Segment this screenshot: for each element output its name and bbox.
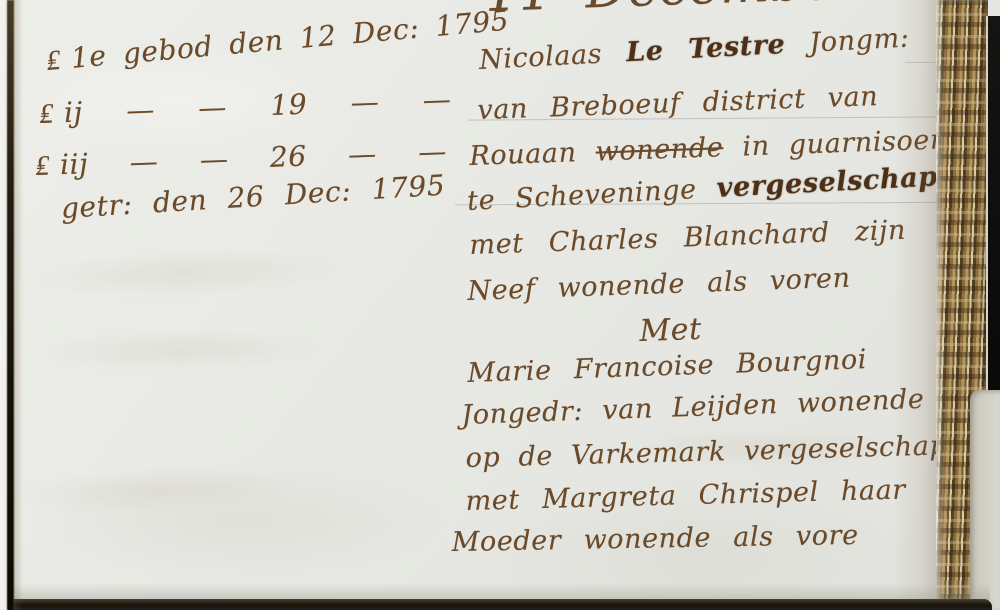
- bride-witness-relation-text: Moeder wonende als vore: [451, 520, 858, 558]
- groom-witness-relation-text: Neef wonende als voren: [467, 263, 851, 307]
- banns-check-mark: ₤: [35, 149, 51, 182]
- banns-line-1-text: 1e gebod den 12 Dec: 1795: [70, 4, 511, 75]
- groom-line-2: van Breboeuf district van: [477, 81, 879, 126]
- groom-residence-text: te Scheveninge: [466, 173, 717, 217]
- ink-showthrough-smudge: [14, 465, 295, 517]
- bride-line-4: met Margreta Chrispel haar: [465, 474, 906, 517]
- next-page-corner: [970, 390, 1000, 610]
- page-curve-shadow: [893, 0, 941, 600]
- bride-line-5: Moeder wonende als vore: [451, 520, 858, 558]
- bride-name-text: Marie Francoise Bourgnoi: [467, 344, 868, 389]
- bride-line-3: op de Varkemark vergeselschapt: [465, 430, 959, 474]
- bride-residence-text: op de Varkemark vergeselschapt: [465, 430, 959, 474]
- groom-surname-corrected: Le Testre: [625, 29, 786, 68]
- dark-backdrop-strip: [986, 16, 1000, 392]
- groom-first-name: Nicolaas: [478, 37, 627, 76]
- connector-text: Met: [639, 312, 703, 349]
- groom-line-6: Neef wonende als voren: [467, 263, 851, 307]
- groom-origin-text: van Breboeuf district van: [477, 81, 879, 126]
- connector-word: Met: [639, 312, 703, 349]
- register-page-photo: 11 December 1795 ₤1e gebod den 12 Dec: 1…: [0, 0, 1000, 610]
- groom-line-5: met Charles Blanchard zijn: [469, 215, 907, 261]
- banns-line-1: ₤1e gebod den 12 Dec: 1795: [45, 4, 510, 78]
- struck-out-word: wonende: [595, 132, 724, 167]
- bride-line-2: Jongedr: van Leijden wonende: [461, 384, 925, 431]
- groom-status: Jongm:: [784, 22, 910, 59]
- ink-showthrough-smudge: [19, 244, 350, 301]
- banns-line-2-text: ij — — 19 — —: [63, 83, 451, 130]
- banns-check-mark: ₤: [45, 43, 62, 77]
- groom-line-1: Nicolaas Le Testre Jongm:: [478, 22, 910, 76]
- groom-witness-text: met Charles Blanchard zijn: [469, 215, 907, 261]
- page-bottom-edge: [0, 599, 992, 610]
- bride-line-1: Marie Francoise Bourgnoi: [467, 344, 868, 389]
- page-bottom-highlight: [10, 583, 990, 600]
- banns-line-2: ₤ij — — 19 — —: [39, 83, 452, 131]
- bride-witness-text: met Margreta Chrispel haar: [465, 474, 906, 517]
- left-fold-shadow: [13, 0, 23, 610]
- ink-showthrough-smudge: [30, 327, 331, 372]
- banns-check-mark: ₤: [39, 97, 55, 130]
- bride-origin-text: Jongedr: van Leijden wonende: [461, 384, 925, 431]
- groom-city-text: Rouaan: [469, 137, 596, 172]
